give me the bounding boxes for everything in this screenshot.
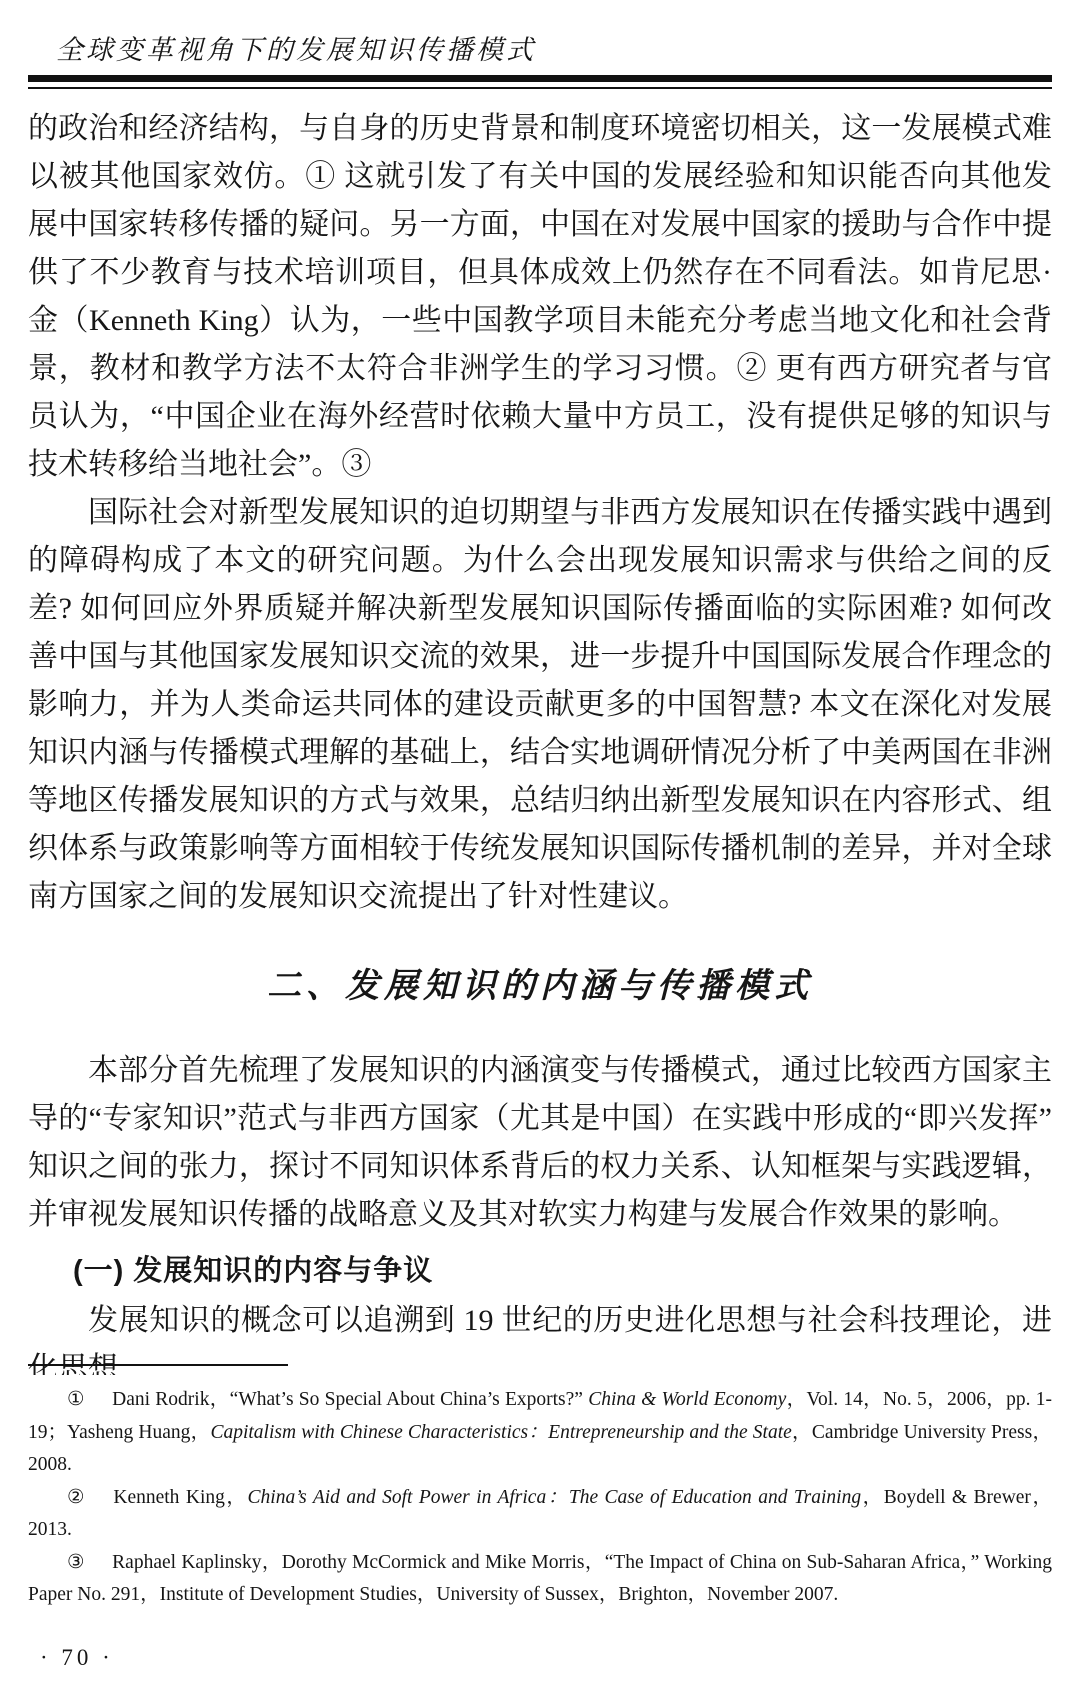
footnote-marker: ③ (67, 1552, 85, 1573)
footnote-list: ①Dani Rodrik，“What’s So Special About Ch… (28, 1384, 1052, 1612)
paragraph-continued: 的政治和经济结构，与自身的历史背景和制度环境密切相关，这一发展模式难以被其他国家… (28, 105, 1052, 489)
footnote: ③Raphael Kaplinsky，Dorothy McCormick and… (28, 1547, 1052, 1612)
footnote-text: Raphael Kaplinsky，Dorothy McCormick and … (28, 1552, 1052, 1606)
footnote: ②Kenneth King，China’s Aid and Soft Power… (28, 1482, 1052, 1547)
footnote-marker: ① (67, 1389, 85, 1410)
section-heading: 二、发展知识的内涵与传播模式 (28, 961, 1052, 1013)
footnote-title-italic: Capitalism with Chinese Characteristics：… (210, 1422, 791, 1443)
footnote-area: ①Dani Rodrik，“What’s So Special About Ch… (28, 1356, 1052, 1612)
header-rule-thick (28, 75, 1052, 82)
running-title: 全球变革视角下的发展知识传播模式 (56, 34, 1052, 66)
subsection-heading: (一) 发展知识的内容与争议 (28, 1245, 1052, 1297)
footnote-text: Dani Rodrik，“What’s So Special About Chi… (112, 1389, 588, 1410)
paragraph-research-question: 国际社会对新型发展知识的迫切期望与非西方发展知识在传播实践中遇到的障碍构成了本文… (28, 489, 1052, 921)
journal-page: 全球变革视角下的发展知识传播模式 的政治和经济结构，与自身的历史背景和制度环境密… (0, 0, 1080, 1689)
footnote: ①Dani Rodrik，“What’s So Special About Ch… (28, 1384, 1052, 1482)
header-rule-thin (28, 87, 1052, 89)
footnote-title-italic: China’s Aid and Soft Power in Africa：The… (248, 1487, 862, 1508)
footnote-title-italic: China & World Economy (588, 1389, 786, 1410)
footnote-separator (28, 1364, 288, 1366)
footnote-text: Kenneth King， (113, 1487, 247, 1508)
paragraph-section-intro: 本部分首先梳理了发展知识的内涵演变与传播模式，通过比较西方国家主导的“专家知识”… (28, 1047, 1052, 1239)
footnote-marker: ② (67, 1487, 86, 1508)
page-number: · 70 · (40, 1645, 114, 1671)
article-body: 的政治和经济结构，与自身的历史背景和制度环境密切相关，这一发展模式难以被其他国家… (28, 105, 1052, 1375)
